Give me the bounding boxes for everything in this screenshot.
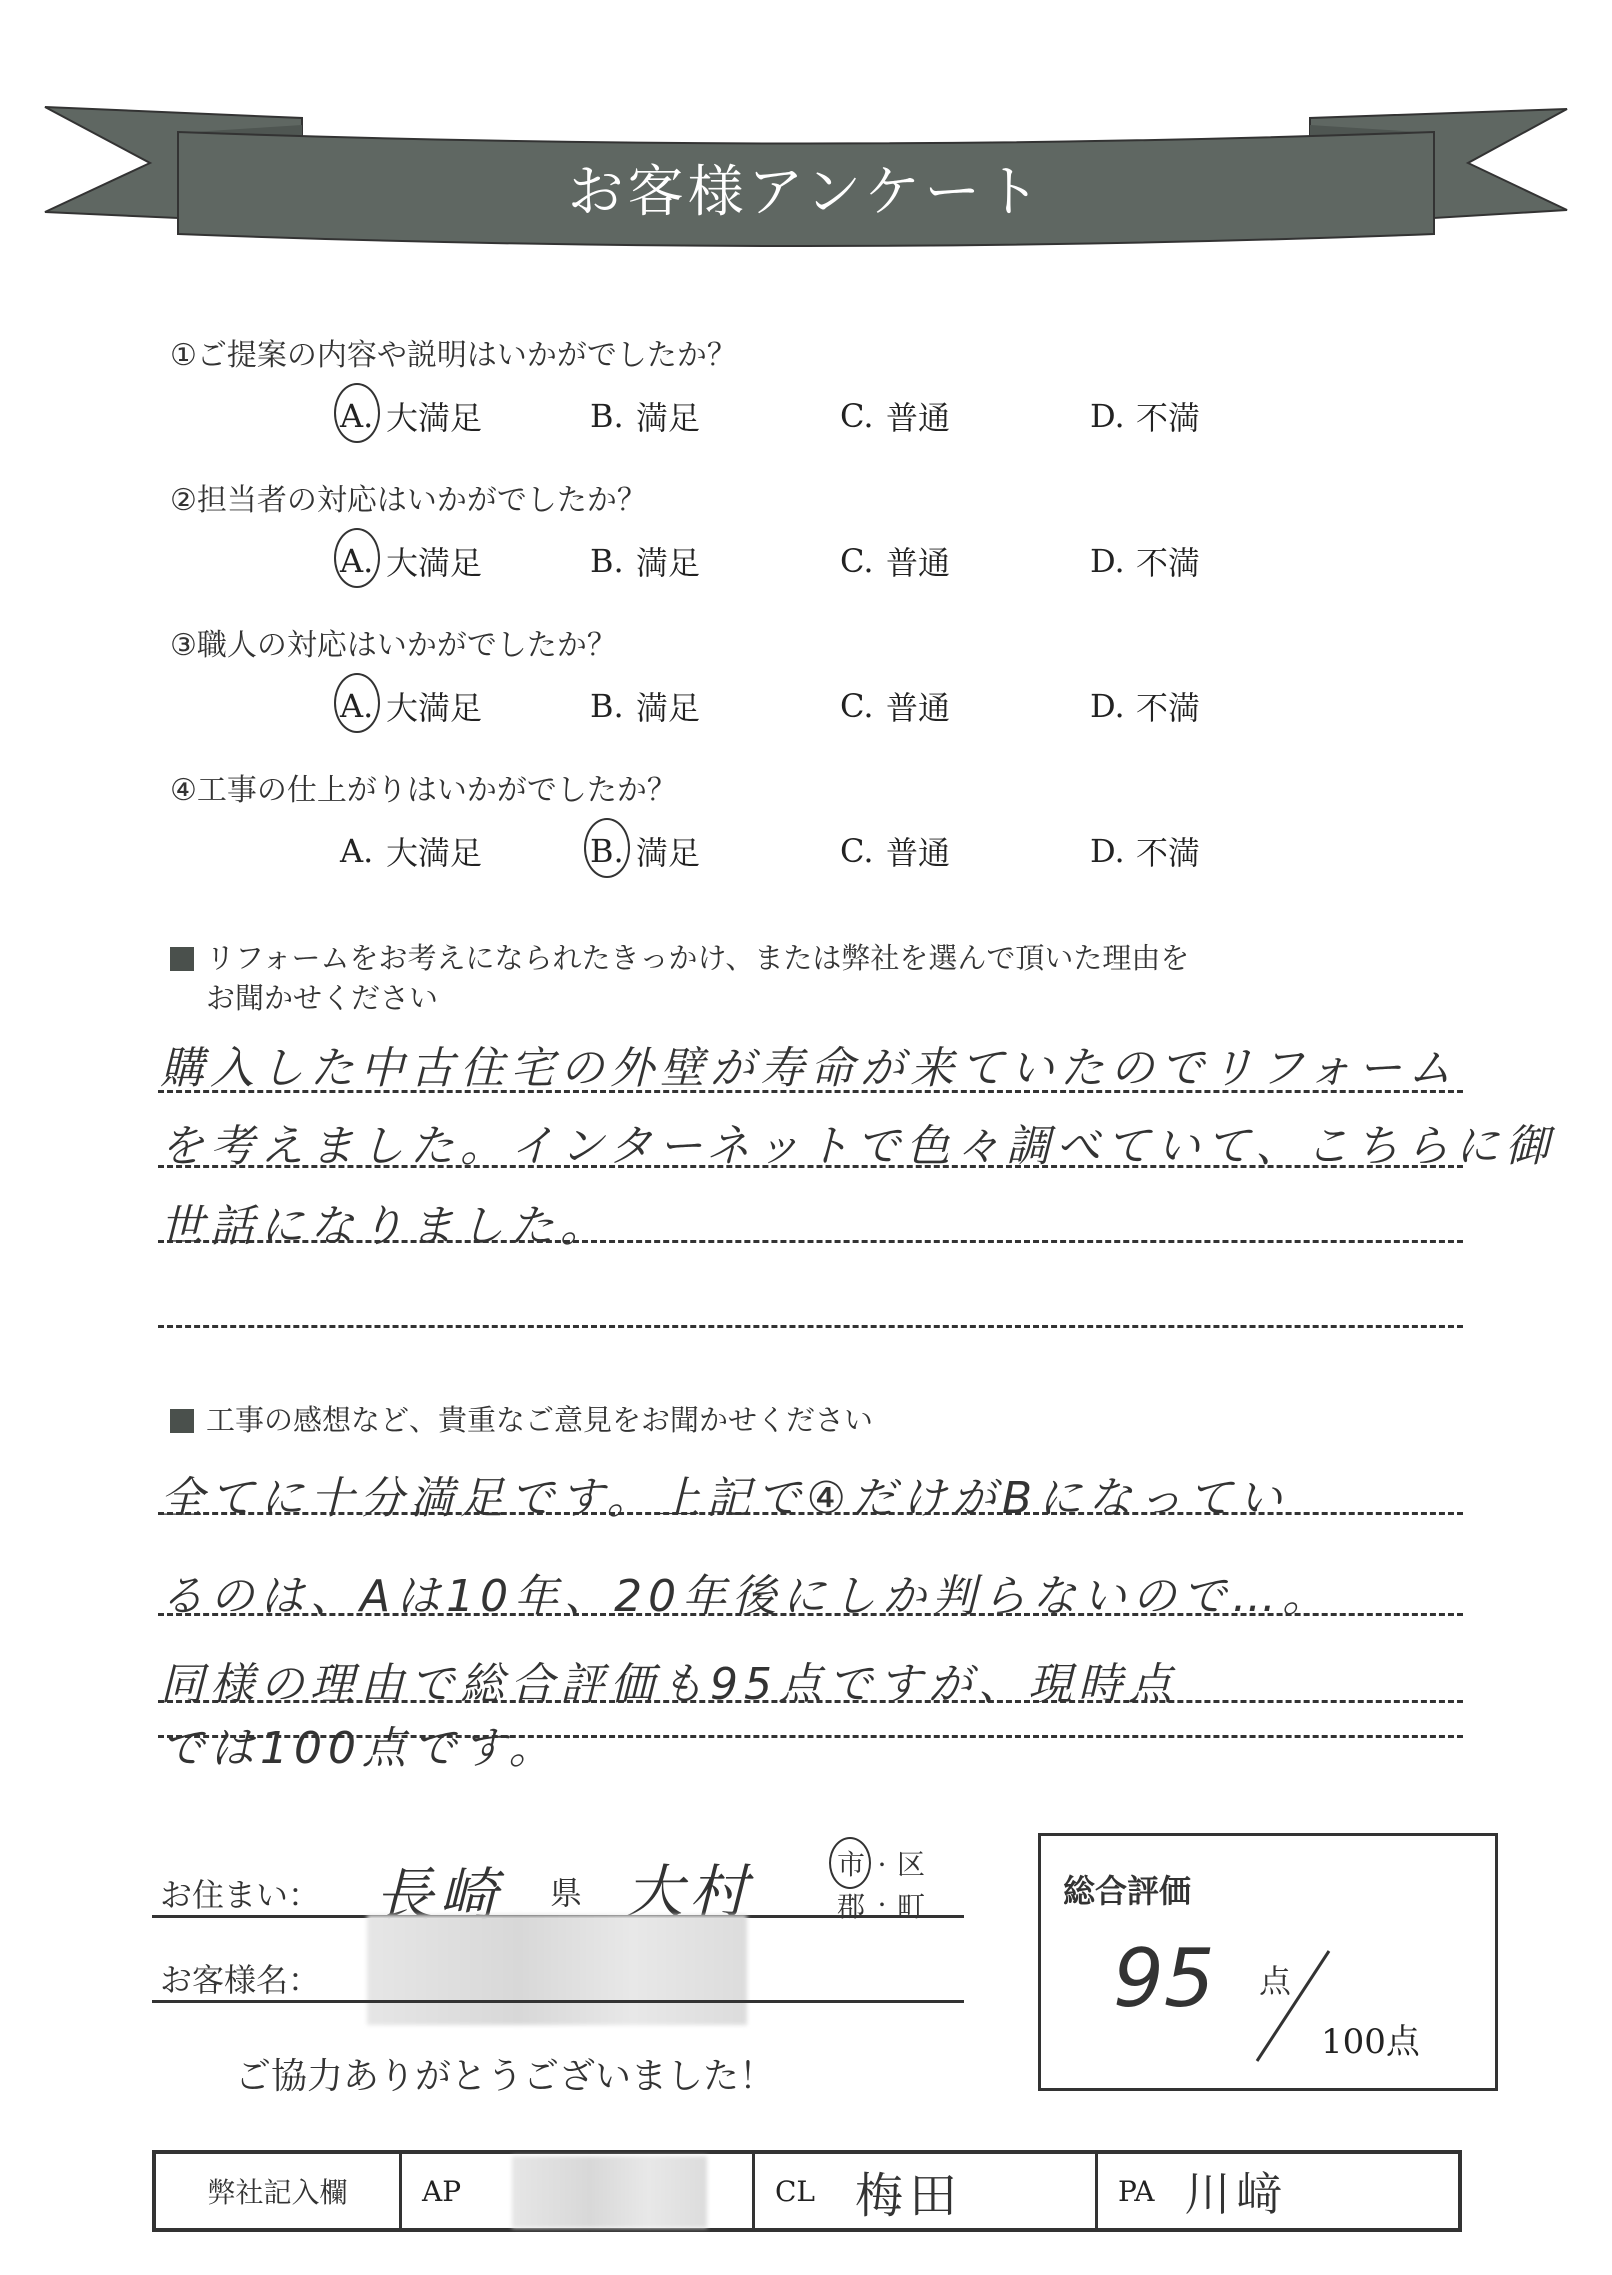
option-a[interactable]: A.大満足 [340,828,590,874]
question-1: ①ご提案の内容や説明はいかがでしたか？ [170,330,737,374]
redacted-ap-value [512,2156,707,2228]
page-title: お客様アンケート [0,148,1612,228]
option-b[interactable]: B.満足 [590,538,840,584]
impression-answer-line-1: 全てに十分満足です。上記で④だけがBになってい [160,1462,1288,1526]
answer-rule [158,1613,1463,1616]
answer-rule [158,1700,1463,1703]
option-d[interactable]: D.不満 [1090,538,1340,584]
impression-heading: 工事の感想など、貴重なご意見をお聞かせください [170,1400,873,1440]
answer-rule [158,1735,1463,1738]
option-c[interactable]: C.普通 [840,538,1090,584]
customer-name-label: お客様名： [160,1955,320,2001]
reason-answer-line-1: 購入した中古住宅の外壁が寿命が来ていたのでリフォーム [160,1032,1458,1096]
field-value: 川﨑 [1185,2158,1289,2224]
square-bullet-icon [170,1409,194,1433]
office-use-label: 弊社記入欄 [156,2154,402,2228]
answer-rule [158,1512,1463,1515]
field-key: AP [422,2175,461,2208]
option-b[interactable]: B.満足 [590,828,840,874]
question-1-options: A.大満足 B.満足 C.普通 D.不満 [340,393,1340,439]
answer-rule [158,1240,1463,1243]
score-max: 100点 [1321,2014,1420,2063]
name-underline [152,2000,964,2003]
question-3: ③職人の対応はいかがでしたか？ [170,620,617,664]
city-type-ku[interactable]: 区 [897,1843,925,1883]
option-c[interactable]: C.普通 [840,393,1090,439]
impression-answer-line-4: では100点です。 [160,1712,558,1776]
office-use-table: 弊社記入欄 AP CL 梅田 PA 川﨑 [152,2150,1462,2232]
option-a[interactable]: A.大満足 [340,393,590,439]
city-type-gun[interactable]: 郡 [837,1885,865,1925]
question-2: ②担当者の対応はいかがでしたか？ [170,475,647,519]
option-d[interactable]: D.不満 [1090,828,1340,874]
option-a[interactable]: A.大満足 [340,538,590,584]
field-key: PA [1118,2175,1155,2208]
thanks-message: ご協力ありがとうございました！ [235,2048,775,2099]
question-4-options: A.大満足 B.満足 C.普通 D.不満 [340,828,1340,874]
score-value: 95 [1113,1932,1215,2025]
office-field-cl: CL 梅田 [755,2154,1098,2228]
answer-rule [158,1165,1463,1168]
address-label: お住まい： [160,1870,320,1916]
option-c[interactable]: C.普通 [840,683,1090,729]
option-d[interactable]: D.不満 [1090,393,1340,439]
field-value: 梅田 [855,2157,963,2226]
option-b[interactable]: B.満足 [590,683,840,729]
field-key: CL [775,2175,815,2208]
redacted-customer-name [367,1915,747,2025]
reason-heading: リフォームをお考えになられたきっかけ、または弊社を選んで頂いた理由をお聞かせくだ… [170,938,1189,1018]
answer-rule [158,1325,1463,1328]
city-type-cho[interactable]: 町 [897,1885,925,1925]
option-a[interactable]: A.大満足 [340,683,590,729]
option-d[interactable]: D.不満 [1090,683,1340,729]
prefecture-suffix: 県 [550,1868,582,1914]
answer-rule [158,1090,1463,1093]
square-bullet-icon [170,947,194,971]
office-field-ap: AP [402,2154,755,2228]
office-field-pa: PA 川﨑 [1098,2154,1458,2228]
question-2-options: A.大満足 B.満足 C.普通 D.不満 [340,538,1340,584]
reason-answer-line-3: 世話になりました。 [160,1190,610,1254]
score-label: 総合評価 [1063,1866,1191,1912]
selected-circle [829,1837,871,1889]
question-3-options: A.大満足 B.満足 C.普通 D.不満 [340,683,1340,729]
city-type-selector: 市 ・ 区 郡 ・ 町 [825,1843,965,1923]
option-c[interactable]: C.普通 [840,828,1090,874]
option-b[interactable]: B.満足 [590,393,840,439]
overall-score-box: 総合評価 95 点 100点 [1038,1833,1498,2091]
question-4: ④工事の仕上がりはいかがでしたか？ [170,765,677,809]
